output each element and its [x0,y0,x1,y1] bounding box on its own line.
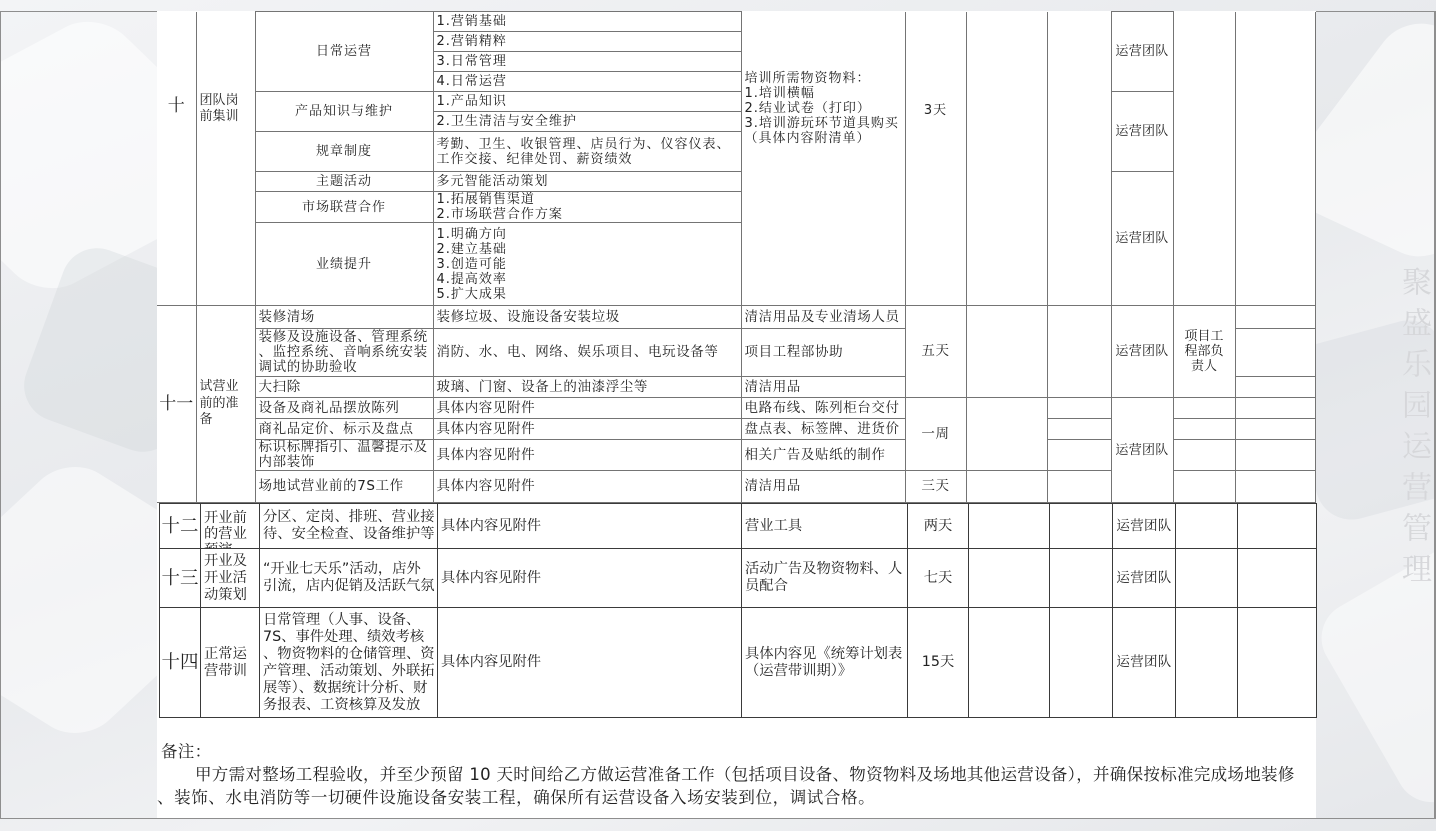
table-row: 十三 开业及开业活动策划 “开业七天乐”活动，店外 引流，店内促销及活跃气氛 具… [160,549,1317,608]
empty-cell [1047,306,1111,398]
item-name: 装修清场 [255,306,433,329]
item-content: 1.营销基础 [433,12,741,32]
responsible-team: 运营团队 [1111,12,1173,92]
item-content: 2.卫生清洁与安全维护 [433,112,741,132]
item-content: 1.产品知识 [433,92,741,112]
item-content: 1.明确方向 2.建立基础 3.创造可能 4.提高效率 5.扩大成果 [433,223,741,306]
item-content: 具体内容见附件 [433,471,741,503]
empty-cell [1176,608,1238,718]
empty-cell [1176,504,1238,549]
watermark: 聚盛乐园运营管理 [1398,266,1428,594]
item-content: 玻璃、门窗、设备上的油漆浮尘等 [433,377,741,398]
empty-cell [1235,12,1315,306]
section-number: 十一 [157,306,196,503]
item-content: 具体内容见附件 [433,419,741,440]
schedule-table-lower: 十二 开业前的营业预演 分区、定岗、排班、营业接 待、安全检查、设备维护等 具体… [159,503,1317,718]
empty-cell [1047,419,1111,440]
item-name: 产品知识与维护 [255,92,433,132]
duration: 两天 [908,504,969,549]
item-name: 规章制度 [255,132,433,172]
responsible-team: 运营团队 [1111,398,1173,503]
item-name: 大扫除 [255,377,433,398]
table-row: 设备及商礼品摆放陈列 具体内容见附件 电路布线、陈列柜台交付 一周 运营团队 [157,398,1315,419]
duration: 15天 [908,608,969,718]
duration: 七天 [908,549,969,608]
section-number: 十三 [160,549,201,608]
notes-section: 备注： 甲方需对整场工程验收，并至少预留 10 天时间给乙方做运营准备工作（包括… [161,740,1311,809]
responsible-team: 运营团队 [1113,608,1176,718]
materials: 具体内容见《统筹计划表 （运营带训期）》 [742,608,908,718]
materials: 清洁用品 [741,471,905,503]
notes-label: 备注： [161,740,1311,763]
item-content: 2.营销精粹 [433,32,741,52]
stage-name: 正常运营带训 [204,646,248,680]
duration: 3天 [905,12,966,306]
empty-cell [969,504,1050,549]
duration: 五天 [905,306,966,398]
item-name: “开业七天乐”活动，店外 引流，店内促销及活跃气氛 [260,549,438,608]
empty-cell [1176,549,1238,608]
item-content: 考勤、卫生、收银管理、店员行为、仪容仪表、 工作交接、纪律处罚、薪资绩效 [433,132,741,172]
duration: 一周 [905,398,966,471]
item-content: 具体内容见附件 [438,549,742,608]
empty-cell [966,12,1047,306]
materials: 项目工程部协助 [741,329,905,377]
item-name: 主题活动 [255,172,433,192]
empty-cell [1235,440,1315,471]
materials: 活动广告及物资物料、人 员配合 [742,549,908,608]
item-name: 商礼品定价、标示及盘点 [255,419,433,440]
empty-cell [1047,12,1111,306]
responsible-team: 运营团队 [1113,549,1176,608]
item-content: 具体内容见附件 [433,440,741,471]
table-row: 主题活动 多元智能活动策划 运营团队 [157,172,1315,192]
empty-cell [1173,440,1235,471]
stage-name: 团队岗前集训 [200,93,240,126]
table-row: 十四 正常运营带训 日常管理（人事、设备、 7S、事件处理、绩效考核 、物资物料… [160,608,1317,718]
empty-cell [1173,12,1235,306]
item-name: 标识标牌指引、温馨提示及 内部装饰 [255,440,433,471]
stage-cell: 开业及开业活动策划 [201,549,260,608]
empty-cell [1235,419,1315,440]
section-number: 十二 [160,504,201,549]
materials: 清洁用品及专业清场人员 [741,306,905,329]
item-name: 场地试营业前的7S工作 [255,471,433,503]
item-content: 3.日常管理 [433,52,741,72]
coordinator: 项目工程部负责人 [1184,329,1224,374]
schedule-table-upper: 十 团队岗前集训 日常运营 1.营销基础 培训所需物资物料： 1.培训横幅 2.… [157,11,1316,503]
empty-cell [969,608,1050,718]
empty-cell [1235,471,1315,503]
section-number: 十四 [160,608,201,718]
empty-cell [966,471,1047,503]
item-content: 具体内容见附件 [433,398,741,419]
item-name: 分区、定岗、排班、营业接 待、安全检查、设备维护等 [260,504,438,549]
empty-cell [1238,608,1317,718]
table-row: 十一 试营业前的准备 装修清场 装修垃圾、设施设备安装垃圾 清洁用品及专业清场人… [157,306,1315,329]
responsible-team: 运营团队 [1111,92,1173,172]
materials: 营业工具 [742,504,908,549]
empty-cell [1047,398,1111,419]
empty-cell [969,549,1050,608]
item-name: 设备及商礼品摆放陈列 [255,398,433,419]
empty-cell [1173,419,1235,440]
empty-cell [1235,329,1315,377]
table-row: 十 团队岗前集训 日常运营 1.营销基础 培训所需物资物料： 1.培训横幅 2.… [157,12,1315,32]
item-name: 日常管理（人事、设备、 7S、事件处理、绩效考核 、物资物料的仓储管理、资 产管… [260,608,438,718]
responsible-team: 运营团队 [1111,172,1173,306]
responsible-team: 运营团队 [1111,306,1173,398]
stage-cell: 团队岗前集训 [196,12,255,306]
item-content: 4.日常运营 [433,72,741,92]
item-content: 装修垃圾、设施设备安装垃圾 [433,306,741,329]
item-name: 日常运营 [255,12,433,92]
materials: 盘点表、标签牌、进货价 [741,419,905,440]
empty-cell [1050,504,1113,549]
stage-cell: 正常运营带训 [201,608,260,718]
empty-cell [1047,440,1111,471]
empty-cell [1235,306,1315,329]
notes-line: 甲方需对整场工程验收，并至少预留 10 天时间给乙方做运营准备工作（包括项目设备… [161,763,1311,786]
item-name: 装修及设施设备、管理系统 、监控系统、音响系统安装 调试的协助验收 [255,329,433,377]
empty-cell [1047,471,1111,503]
stage-cell: 开业前的营业预演 [201,504,260,549]
empty-cell [1173,471,1235,503]
empty-cell [1235,398,1315,419]
item-content: 具体内容见附件 [438,504,742,549]
materials: 相关广告及贴纸的制作 [741,440,905,471]
item-content: 1.拓展销售渠道 2.市场联营合作方案 [433,192,741,223]
coordinator-cell: 项目工程部负责人 [1173,306,1235,398]
section-number: 十 [157,12,196,306]
empty-cell [1050,549,1113,608]
item-name: 业绩提升 [255,223,433,306]
stage-name: 开业前的营业预演 [204,504,248,548]
materials: 培训所需物资物料： 1.培训横幅 2.结业试卷（打印） 3.培训游玩环节道具购买… [741,12,905,306]
notes-line: 、装饰、水电消防等一切硬件设施设备安装工程，确保所有运营设备入场安装到位，调试合… [157,786,1311,809]
empty-cell [1173,398,1235,419]
stage-name: 试营业前的准备 [200,379,240,429]
empty-cell [1050,608,1113,718]
empty-cell [966,398,1047,471]
item-name: 市场联营合作 [255,192,433,223]
empty-cell [1238,504,1317,549]
table-row: 十二 开业前的营业预演 分区、定岗、排班、营业接 待、安全检查、设备维护等 具体… [160,504,1317,549]
stage-name: 开业及开业活动策划 [204,553,248,604]
item-content: 消防、水、电、网络、娱乐项目、电玩设备等 [433,329,741,377]
item-content: 多元智能活动策划 [433,172,741,192]
responsible-team: 运营团队 [1113,504,1176,549]
materials: 清洁用品 [741,377,905,398]
stage-cell: 试营业前的准备 [196,306,255,503]
empty-cell [1238,549,1317,608]
duration: 三天 [905,471,966,503]
materials: 电路布线、陈列柜台交付 [741,398,905,419]
table-row: 产品知识与维护 1.产品知识 运营团队 [157,92,1315,112]
item-content: 具体内容见附件 [438,608,742,718]
empty-cell [1235,377,1315,398]
empty-cell [966,306,1047,398]
